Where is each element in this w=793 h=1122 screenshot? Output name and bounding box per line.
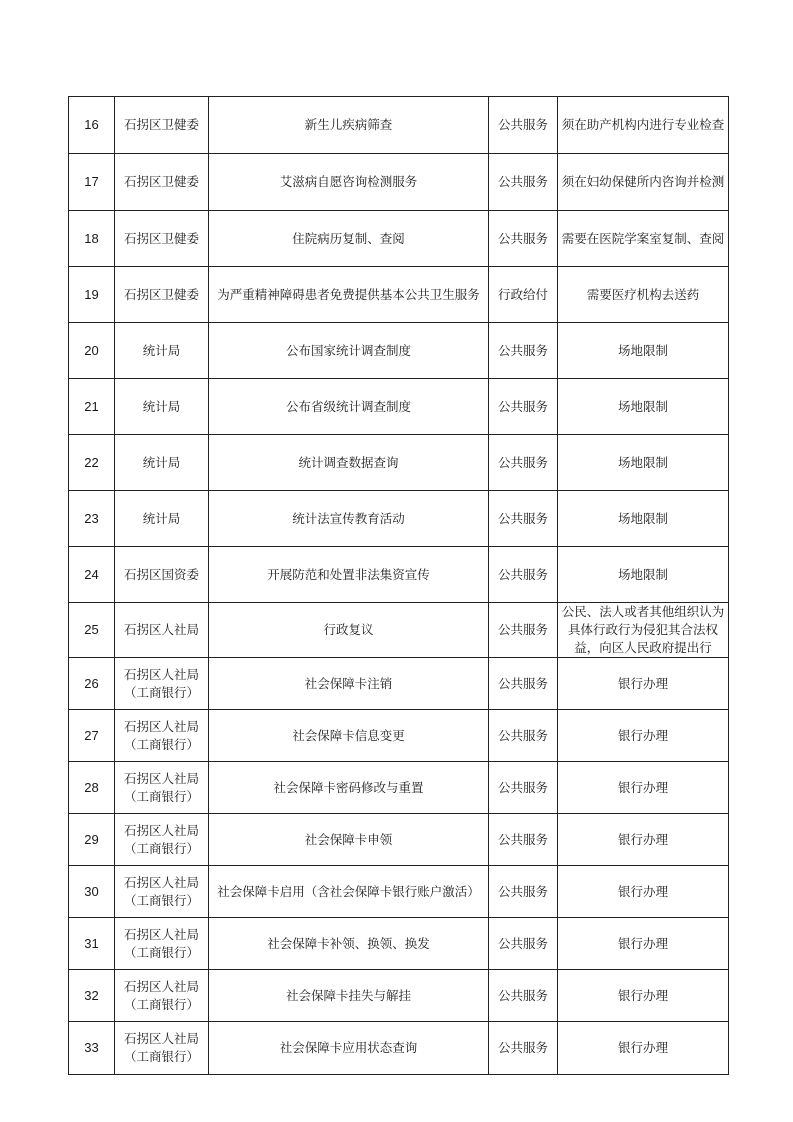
service-type-cell: 公共服务 [489,814,558,866]
table-body: 16石拐区卫健委新生儿疾病筛查公共服务须在助产机构内进行专业检查17石拐区卫健委… [69,97,729,1075]
reason-cell: 场地限制 [558,435,729,491]
service-item-cell: 统计调查数据查询 [209,435,489,491]
service-type-cell: 公共服务 [489,866,558,918]
row-number: 19 [69,267,115,323]
table-row: 26石拐区人社局（工商银行）社会保障卡注销公共服务银行办理 [69,658,729,710]
service-item-cell: 为严重精神障碍患者免费提供基本公共卫生服务 [209,267,489,323]
service-type-cell: 公共服务 [489,547,558,603]
service-type-cell: 公共服务 [489,154,558,211]
table-row: 30石拐区人社局（工商银行）社会保障卡启用（含社会保障卡银行账户激活）公共服务银… [69,866,729,918]
table-row: 20统计局公布国家统计调查制度公共服务场地限制 [69,323,729,379]
row-number: 23 [69,491,115,547]
reason-cell: 银行办理 [558,762,729,814]
department-cell: 石拐区人社局（工商银行） [115,970,209,1022]
service-type-cell: 公共服务 [489,658,558,710]
table-row: 16石拐区卫健委新生儿疾病筛查公共服务须在助产机构内进行专业检查 [69,97,729,154]
department-cell: 石拐区人社局（工商银行） [115,814,209,866]
row-number: 21 [69,379,115,435]
department-cell: 石拐区人社局（工商银行） [115,1022,209,1075]
service-item-cell: 住院病历复制、查阅 [209,211,489,267]
service-type-cell: 公共服务 [489,97,558,154]
table-row: 21统计局公布省级统计调查制度公共服务场地限制 [69,379,729,435]
table-row: 28石拐区人社局（工商银行）社会保障卡密码修改与重置公共服务银行办理 [69,762,729,814]
department-cell: 石拐区人社局（工商银行） [115,658,209,710]
service-item-cell: 公布国家统计调查制度 [209,323,489,379]
table-row: 32石拐区人社局（工商银行）社会保障卡挂失与解挂公共服务银行办理 [69,970,729,1022]
table-row: 24石拐区国资委开展防范和处置非法集资宣传公共服务场地限制 [69,547,729,603]
service-type-cell: 公共服务 [489,211,558,267]
service-item-cell: 开展防范和处置非法集资宣传 [209,547,489,603]
table-row: 19石拐区卫健委为严重精神障碍患者免费提供基本公共卫生服务行政给付需要医疗机构去… [69,267,729,323]
service-type-cell: 公共服务 [489,970,558,1022]
service-item-cell: 公布省级统计调查制度 [209,379,489,435]
service-type-cell: 公共服务 [489,762,558,814]
service-item-cell: 社会保障卡密码修改与重置 [209,762,489,814]
service-item-cell: 社会保障卡应用状态查询 [209,1022,489,1075]
department-cell: 统计局 [115,435,209,491]
table-row: 27石拐区人社局（工商银行）社会保障卡信息变更公共服务银行办理 [69,710,729,762]
service-type-cell: 公共服务 [489,323,558,379]
service-item-cell: 新生儿疾病筛查 [209,97,489,154]
row-number: 16 [69,97,115,154]
row-number: 26 [69,658,115,710]
department-cell: 石拐区卫健委 [115,154,209,211]
service-type-cell: 公共服务 [489,435,558,491]
reason-cell: 公民、法人或者其他组织认为具体行政行为侵犯其合法权益，向区人民政府提出行 [558,603,729,658]
row-number: 28 [69,762,115,814]
reason-cell: 须在助产机构内进行专业检查 [558,97,729,154]
service-type-cell: 公共服务 [489,379,558,435]
service-item-cell: 社会保障卡挂失与解挂 [209,970,489,1022]
row-number: 30 [69,866,115,918]
reason-cell: 需要医疗机构去送药 [558,267,729,323]
reason-cell: 须在妇幼保健所内咨询并检测 [558,154,729,211]
reason-cell: 银行办理 [558,710,729,762]
service-item-cell: 行政复议 [209,603,489,658]
service-item-cell: 社会保障卡补领、换领、换发 [209,918,489,970]
department-cell: 统计局 [115,323,209,379]
reason-cell: 银行办理 [558,970,729,1022]
row-number: 33 [69,1022,115,1075]
row-number: 27 [69,710,115,762]
row-number: 22 [69,435,115,491]
reason-cell: 银行办理 [558,1022,729,1075]
table-row: 23统计局统计法宣传教育活动公共服务场地限制 [69,491,729,547]
department-cell: 石拐区卫健委 [115,211,209,267]
reason-cell: 银行办理 [558,658,729,710]
service-item-cell: 统计法宣传教育活动 [209,491,489,547]
service-item-cell: 社会保障卡信息变更 [209,710,489,762]
reason-cell: 场地限制 [558,323,729,379]
service-type-cell: 公共服务 [489,603,558,658]
service-item-cell: 社会保障卡启用（含社会保障卡银行账户激活） [209,866,489,918]
department-cell: 石拐区卫健委 [115,97,209,154]
reason-cell: 场地限制 [558,547,729,603]
row-number: 29 [69,814,115,866]
department-cell: 石拐区人社局（工商银行） [115,918,209,970]
department-cell: 石拐区人社局（工商银行） [115,710,209,762]
department-cell: 石拐区人社局（工商银行） [115,762,209,814]
row-number: 20 [69,323,115,379]
table-row: 17石拐区卫健委艾滋病自愿咨询检测服务公共服务须在妇幼保健所内咨询并检测 [69,154,729,211]
department-cell: 石拐区人社局（工商银行） [115,866,209,918]
department-cell: 石拐区国资委 [115,547,209,603]
row-number: 31 [69,918,115,970]
reason-cell: 场地限制 [558,379,729,435]
table-row: 22统计局统计调查数据查询公共服务场地限制 [69,435,729,491]
service-type-cell: 公共服务 [489,491,558,547]
row-number: 18 [69,211,115,267]
reason-cell: 银行办理 [558,814,729,866]
reason-cell: 需要在医院学案室复制、查阅 [558,211,729,267]
table-row: 31石拐区人社局（工商银行）社会保障卡补领、换领、换发公共服务银行办理 [69,918,729,970]
reason-cell: 银行办理 [558,866,729,918]
service-type-cell: 公共服务 [489,710,558,762]
department-cell: 统计局 [115,491,209,547]
department-cell: 石拐区人社局 [115,603,209,658]
department-cell: 统计局 [115,379,209,435]
table-row: 18石拐区卫健委住院病历复制、查阅公共服务需要在医院学案室复制、查阅 [69,211,729,267]
table-row: 29石拐区人社局（工商银行）社会保障卡申领公共服务银行办理 [69,814,729,866]
service-type-cell: 公共服务 [489,1022,558,1075]
reason-cell: 场地限制 [558,491,729,547]
service-item-cell: 社会保障卡注销 [209,658,489,710]
service-type-cell: 行政给付 [489,267,558,323]
row-number: 17 [69,154,115,211]
table-row: 33石拐区人社局（工商银行）社会保障卡应用状态查询公共服务银行办理 [69,1022,729,1075]
service-type-cell: 公共服务 [489,918,558,970]
services-table: 16石拐区卫健委新生儿疾病筛查公共服务须在助产机构内进行专业检查17石拐区卫健委… [68,96,729,1075]
row-number: 25 [69,603,115,658]
row-number: 32 [69,970,115,1022]
service-item-cell: 艾滋病自愿咨询检测服务 [209,154,489,211]
service-item-cell: 社会保障卡申领 [209,814,489,866]
row-number: 24 [69,547,115,603]
department-cell: 石拐区卫健委 [115,267,209,323]
table-row: 25石拐区人社局行政复议公共服务公民、法人或者其他组织认为具体行政行为侵犯其合法… [69,603,729,658]
reason-cell: 银行办理 [558,918,729,970]
